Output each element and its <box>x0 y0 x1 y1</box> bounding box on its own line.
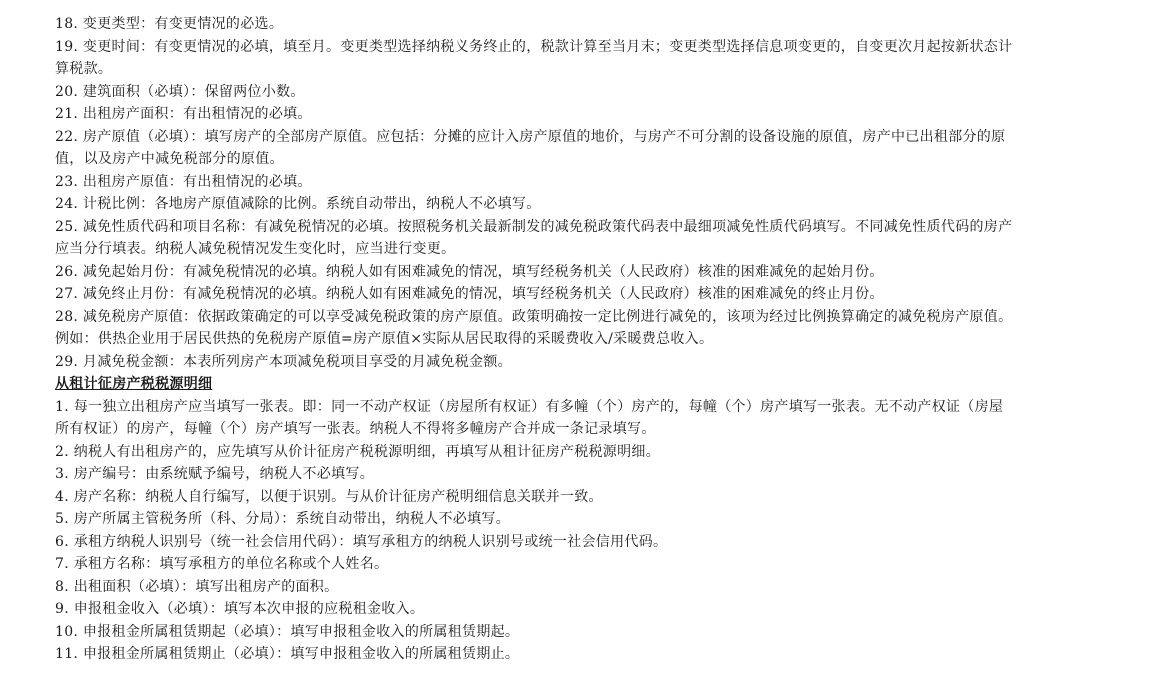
rent-item-5: 5. 房产所属主管税务所（科、分局）：系统自动带出，纳税人不必填写。 <box>55 509 510 529</box>
item-27: 27. 减免终止月份：有减免税情况的必填。纳税人如有困难减免的情况，填写经税务机… <box>55 284 884 304</box>
item-18: 18. 变更类型：有变更情况的必选。 <box>55 14 283 34</box>
item-23: 23. 出租房产原值：有出租情况的必填。 <box>55 172 312 192</box>
item-21: 21. 出租房产面积：有出租情况的必填。 <box>55 104 312 124</box>
rent-item-8: 8. 出租面积（必填）：填写出租房产的面积。 <box>55 577 338 597</box>
rent-item-2: 2. 纳税人有出租房产的，应先填写从价计征房产税税源明细，再填写从租计征房产税税… <box>55 442 660 462</box>
rent-item-1: 1. 每一独立出租房产应当填写一张表。即：同一不动产权证（房屋所有权证）有多幢（… <box>55 397 1003 417</box>
item-22-cont: 值，以及房产中减免税部分的原值。 <box>55 149 284 169</box>
rent-item-11: 11. 申报租金所属租赁期止（必填）：填写申报租金收入的所属租赁期止。 <box>55 644 519 664</box>
rent-item-3: 3. 房产编号：由系统赋予编号，纳税人不必填写。 <box>55 464 374 484</box>
item-24: 24. 计税比例：各地房产原值减除的比例。系统自动带出，纳税人不必填写。 <box>55 194 541 214</box>
item-20: 20. 建筑面积（必填）：保留两位小数。 <box>55 82 305 102</box>
section-heading: 从租计征房产税税源明细 <box>55 374 212 394</box>
item-19: 19. 变更时间：有变更情况的必填，填至月。变更类型选择纳税义务终止的，税款计算… <box>55 37 1012 57</box>
rent-item-7: 7. 承租方名称：填写承租方的单位名称或个人姓名。 <box>55 554 388 574</box>
rent-item-6: 6. 承租方纳税人识别号（统一社会信用代码）：填写承租方的纳税人识别号或统一社会… <box>55 532 667 552</box>
item-19-cont: 算税款。 <box>55 59 112 79</box>
item-25-cont: 应当分行填表。纳税人减免税情况发生变化时，应当进行变更。 <box>55 239 455 259</box>
item-28: 28. 减免税房产原值：依据政策确定的可以享受减免税政策的房产原值。政策明确按一… <box>55 307 1012 327</box>
item-22: 22. 房产原值（必填）：填写房产的全部房产原值。应包括：分摊的应计入房产原值的… <box>55 127 1005 147</box>
rent-item-4: 4. 房产名称：纳税人自行编写，以便于识别。与从价计征房产税明细信息关联并一致。 <box>55 487 603 507</box>
item-25: 25. 减免性质代码和项目名称：有减免税情况的必填。按照税务机关最新制发的减免税… <box>55 217 1012 237</box>
item-28-cont: 例如：供热企业用于居民供热的免税房产原值=房产原值×实际从居民取得的采暖费收入/… <box>55 329 713 349</box>
rent-item-1-cont: 所有权证）的房产，每幢（个）房产填写一张表。纳税人不得将多幢房产合并成一条记录填… <box>55 419 656 439</box>
rent-item-9: 9. 申报租金收入（必填）：填写本次申报的应税租金收入。 <box>55 599 424 619</box>
item-26: 26. 减免起始月份：有减免税情况的必填。纳税人如有困难减免的情况，填写经税务机… <box>55 262 884 282</box>
item-29: 29. 月减免税金额：本表所列房产本项减免税项目享受的月减免税金额。 <box>55 352 512 372</box>
rent-item-10: 10. 申报租金所属租赁期起（必填）：填写申报租金收入的所属租赁期起。 <box>55 622 519 642</box>
